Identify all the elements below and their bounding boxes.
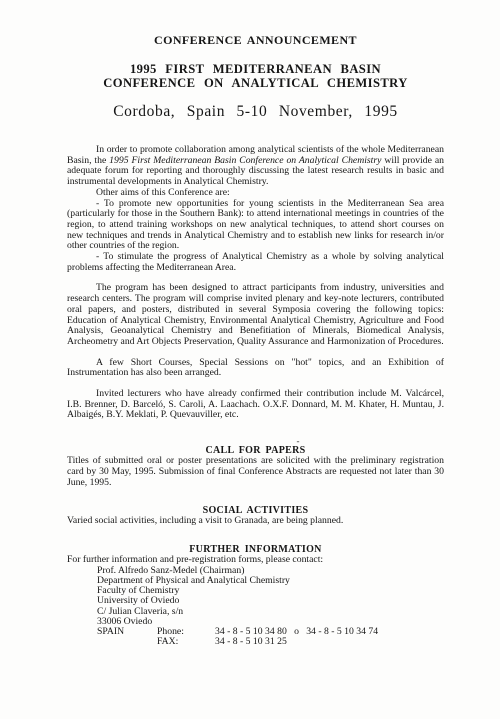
document-content: CONFERENCE ANNOUNCEMENT 1995 FIRST MEDIT…	[67, 0, 444, 647]
program-paragraph: The program has been designed to attract…	[67, 283, 444, 347]
fax-row-spacer	[97, 637, 157, 647]
aim-bullet-2: - To stimulate the progress of Analytica…	[67, 252, 444, 273]
fax-number: 34 - 8 - 5 10 31 25	[215, 637, 287, 647]
further-information-section: FURTHER INFORMATION For further informat…	[67, 544, 444, 647]
contact-fax-row: FAX: 34 - 8 - 5 10 31 25	[97, 637, 444, 647]
call-for-papers-text: Titles of submitted oral or poster prese…	[67, 456, 444, 488]
announcement-heading: CONFERENCE ANNOUNCEMENT	[67, 33, 444, 48]
contact-block: Prof. Alfredo Sanz-Medel (Chairman) Depa…	[97, 566, 444, 648]
conference-name-italic: 1995 First Mediterranean Basin Conferenc…	[109, 155, 381, 166]
aims-intro-line: Other aims of this Conference are:	[67, 188, 444, 199]
contact-university: University of Oviedo	[97, 596, 444, 606]
location-date-line: Cordoba, Spain 5-10 November, 1995	[67, 103, 444, 121]
invited-lecturers-paragraph: Invited lecturers who have already confi…	[67, 389, 444, 421]
scan-artifact-dash: -	[67, 438, 444, 445]
call-for-papers-section: - CALL FOR PAPERS Titles of submitted or…	[67, 438, 444, 488]
social-activities-section: SOCIAL ACTIVITIES Varied social activiti…	[67, 505, 444, 527]
fax-label: FAX:	[157, 637, 215, 647]
document-page: CONFERENCE ANNOUNCEMENT 1995 FIRST MEDIT…	[0, 0, 500, 719]
conference-title-line1: 1995 FIRST MEDITERRANEAN BASIN	[67, 62, 444, 76]
short-courses-paragraph: A few Short Courses, Special Sessions on…	[67, 358, 444, 379]
conference-title-line2: CONFERENCE ON ANALYTICAL CHEMISTRY	[67, 76, 444, 90]
contact-country: SPAIN	[97, 627, 157, 637]
intro-paragraph: In order to promote collaboration among …	[67, 145, 444, 188]
aim-bullet-1: - To promote new opportunities for young…	[67, 199, 444, 253]
social-activities-text: Varied social activities, including a vi…	[67, 516, 444, 527]
